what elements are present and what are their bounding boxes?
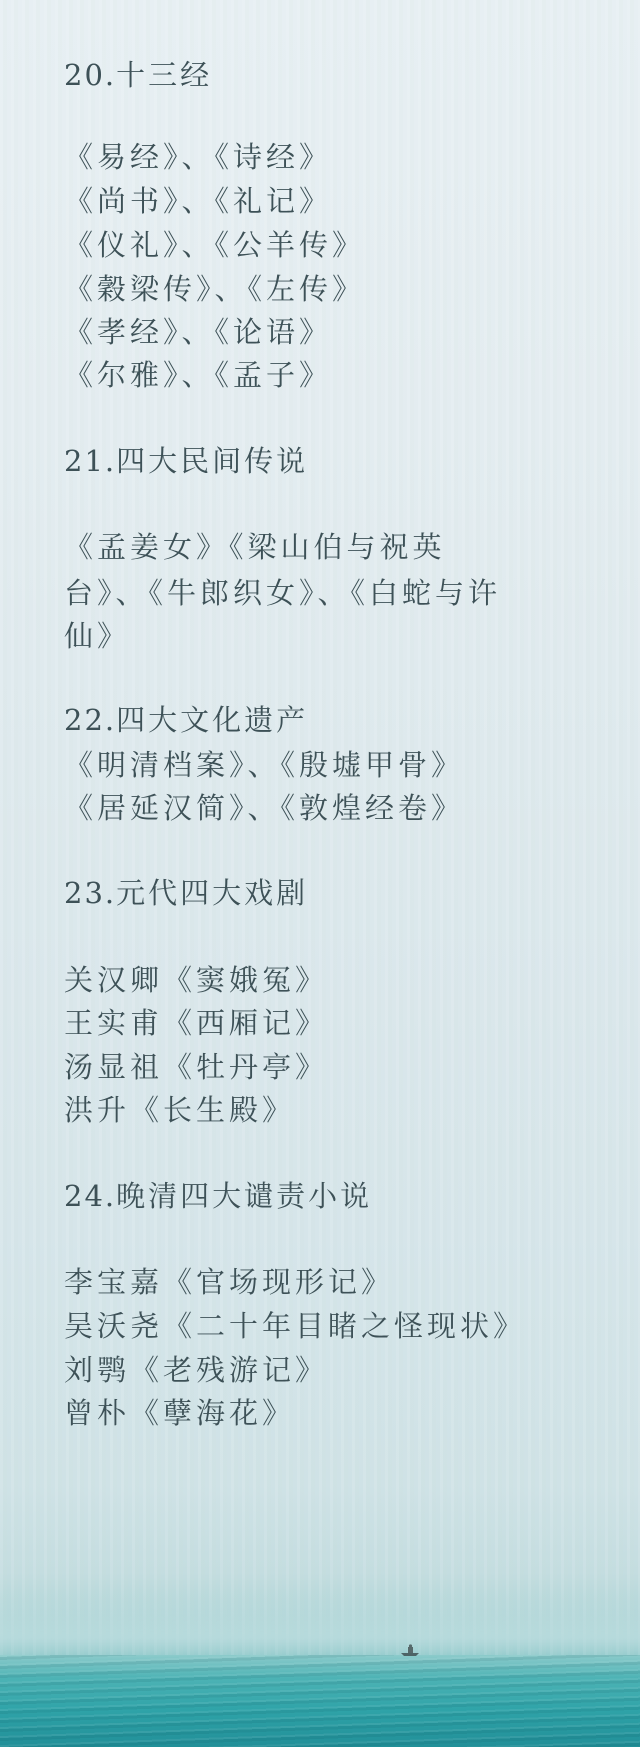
list-item: 《尚书》、《礼记》 [64,184,332,218]
list-item: 汤显祖《牡丹亭》 [64,1050,328,1084]
section-number: 22. [64,703,116,737]
list-item: 洪升《长生殿》 [64,1093,295,1127]
section-number: 21. [64,444,116,478]
list-item: 《尔雅》、《孟子》 [64,358,332,392]
sea-water [0,1655,640,1747]
section-heading: 20.十三经 [64,58,212,92]
list-item: 吴沃尧《二十年目睹之怪现状》 [64,1309,526,1343]
list-item: 李宝嘉《官场现形记》 [64,1265,394,1299]
section-number: 23. [64,876,116,910]
list-item: 《孝经》、《论语》 [64,315,332,349]
list-item: 曾朴《孽海花》 [64,1396,295,1430]
list-item: 关汉卿《窦娥冤》 [64,963,328,997]
list-item: 台》、《牛郎织女》、《白蛇与许 [64,576,501,610]
boat-icon [400,1643,420,1657]
list-item: 《穀梁传》、《左传》 [64,272,365,306]
section-number: 24. [64,1179,116,1213]
section-heading: 23.元代四大戏剧 [64,876,308,910]
list-item: 《孟姜女》《梁山伯与祝英 [64,530,446,564]
mist-texture [0,0,640,1747]
section-heading: 21.四大民间传说 [64,444,308,478]
list-item: 仙》 [64,619,130,653]
poster-background [0,0,640,1747]
list-item: 《明清档案》、《殷墟甲骨》 [64,748,464,782]
section-title: 四大民间传说 [116,444,308,478]
list-item: 《仪礼》、《公羊传》 [64,228,365,262]
section-heading: 22.四大文化遗产 [64,703,308,737]
section-title: 十三经 [116,58,212,92]
section-title: 晚清四大谴责小说 [116,1179,372,1213]
list-item: 王实甫《西厢记》 [64,1006,328,1040]
list-item: 《居延汉简》、《敦煌经卷》 [64,791,464,825]
section-title: 元代四大戏剧 [116,876,308,910]
list-item: 《易经》、《诗经》 [64,140,332,174]
section-heading: 24.晚清四大谴责小说 [64,1179,372,1213]
list-item: 刘鹗《老残游记》 [64,1353,328,1387]
section-title: 四大文化遗产 [116,703,308,737]
section-number: 20. [64,58,116,92]
